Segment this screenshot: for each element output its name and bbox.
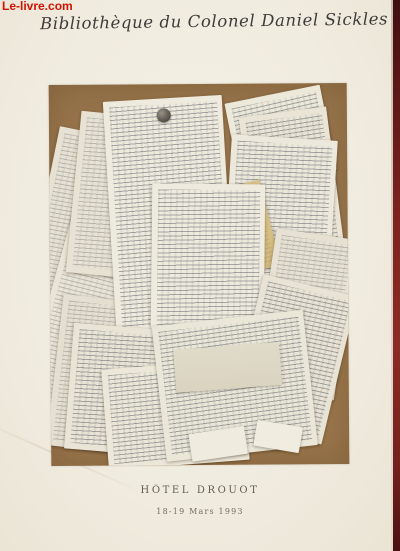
venue-line: HÔTEL DROUOT — [0, 485, 400, 496]
cover-title: Bibliothèque du Colonel Daniel Sickles — [40, 10, 360, 33]
book-spine-edge — [393, 0, 400, 551]
sale-date-line: 18-19 Mars 1993 — [0, 507, 400, 516]
envelope — [173, 342, 282, 393]
wax-seal — [156, 108, 171, 123]
catalog-cover-scan: Le-livre.com Bibliothèque du Colonel Dan… — [0, 0, 400, 551]
watermark-text: Le-livre.com — [2, 0, 73, 13]
manuscripts-photo — [49, 83, 350, 466]
